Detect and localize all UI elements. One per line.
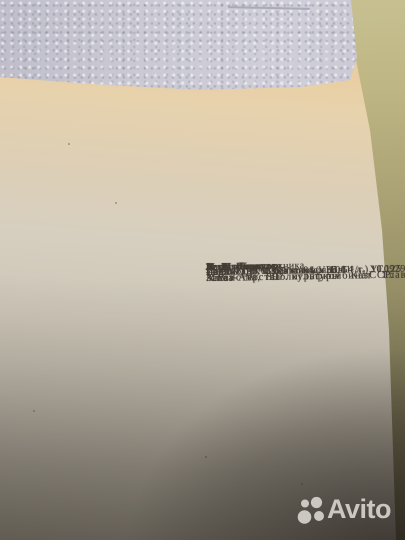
avito-watermark: Avito — [297, 493, 401, 526]
paper-speck — [301, 483, 303, 485]
avito-wordmark: Avito — [327, 493, 391, 526]
label-text: Заказ № 897. — [206, 272, 288, 285]
paper-speck — [33, 410, 35, 412]
paper-speck — [205, 456, 207, 458]
paper-speck — [115, 202, 117, 204]
avito-logo-icon — [297, 495, 327, 525]
book-colophon-photo: Редактор З. В. Попова.Переплет художника… — [0, 0, 405, 540]
paper-speck — [68, 143, 70, 145]
